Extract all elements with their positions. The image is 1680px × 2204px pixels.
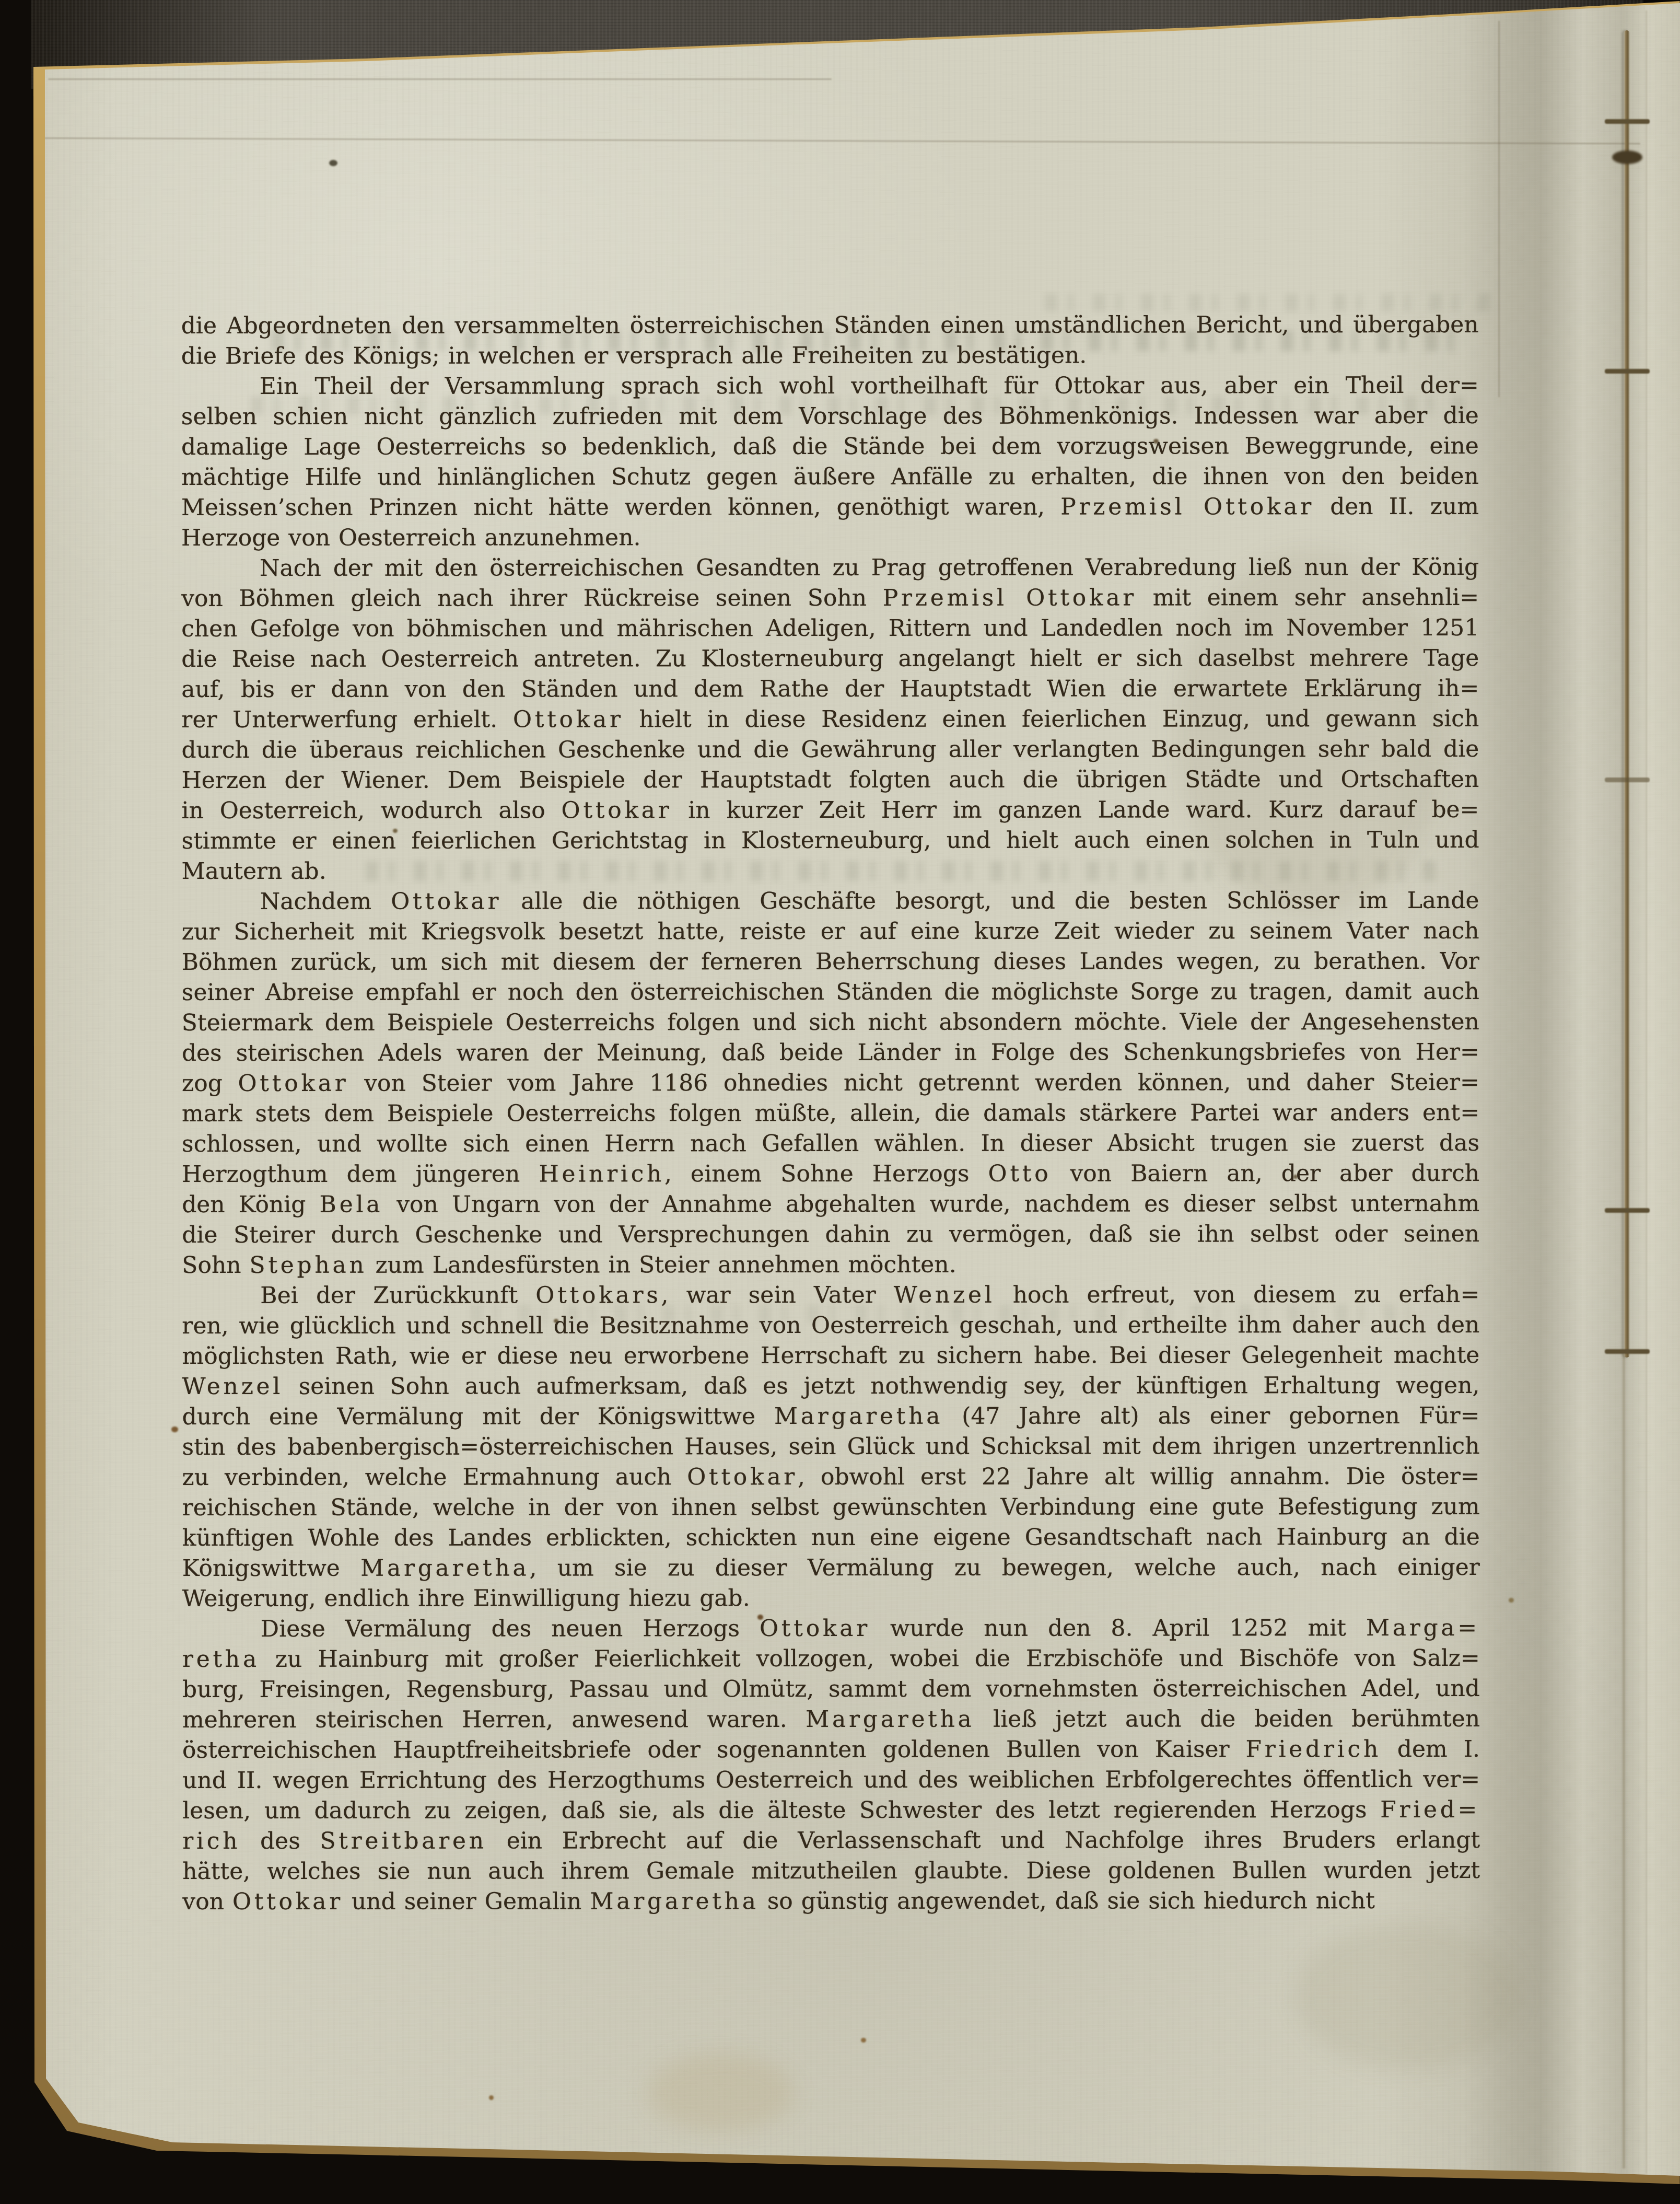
letterspaced-name: rich [182,1828,240,1854]
text-line: die Steirer durch Geschenke und Versprec… [182,1219,1479,1250]
text-line: stin des babenbergisch=österreichischen … [182,1431,1480,1463]
letterspaced-name: Ottokar [391,888,501,915]
text-line: die Reise nach Oesterreich antreten. Zu … [181,643,1479,675]
paragraph: Ein Theil der Versammlung sprach sich wo… [181,370,1479,553]
text-line: Wenzel seinen Sohn auch aufmerksam, daß … [182,1371,1479,1402]
text-line: Meissen’schen Prinzen nicht hätte werden… [181,492,1479,523]
text-line: hätte, welches sie nun auch ihrem Gemale… [182,1855,1480,1887]
foxing-spot [329,160,337,166]
text-line: möglichsten Rath, wie er diese neu erwor… [182,1340,1479,1372]
text-line: Herzoge von Oesterreich anzunehmen. [181,522,1479,553]
letterspaced-name: Wenzel [894,1282,995,1308]
showthrough-smudge [1045,294,1494,311]
binding-stitch [1605,1208,1650,1213]
text-line: schlossen, und wollte sich einen Herrn n… [182,1128,1479,1159]
paper-stain [1296,1923,1520,2069]
binding-stitch [1605,1349,1650,1354]
binding-stitch [1605,119,1650,124]
letterspaced-name: Stephan [250,1252,367,1279]
letterspaced-name: Heinrich [539,1161,664,1187]
paper-stain [648,2054,794,2132]
text-line: rer Unterwerfung erhielt. Ottokar hielt … [181,704,1479,735]
gutter-crease [1623,1353,1625,2168]
text-line: Steiermark dem Beispiele Oesterreichs fo… [182,1007,1479,1038]
text-line: reichischen Stände, welche in der von ih… [182,1492,1480,1523]
letterspaced-name: Marga= [1366,1615,1480,1641]
letterspaced-name: Ottokar [687,1464,798,1490]
letterspaced-name: Bela [320,1191,383,1218]
text-line: des steirischen Adels waren der Meinung,… [182,1037,1479,1069]
scanned-book-page: die Abgeordneten den versammelten österr… [0,0,1680,2204]
paper-fold [1498,21,1500,397]
text-line: durch eine Vermälung mit der Königswittw… [182,1401,1479,1432]
text-line: und II. wegen Errichtung des Herzogthums… [182,1765,1480,1796]
text-line: ren, wie glücklich und schnell die Besit… [182,1310,1479,1341]
text-line: zu verbinden, welche Ermahnung auch Otto… [182,1461,1480,1493]
binding-thread [1624,30,1630,1358]
text-line: mächtige Hilfe und hinlänglichen Schutz … [181,461,1479,493]
letterspaced-name: Wenzel [182,1373,283,1400]
text-line: Königswittwe Margaretha, um sie zu diese… [182,1552,1480,1584]
paper-fold [1646,10,1647,2174]
text-line: Ein Theil der Versammlung sprach sich wo… [181,370,1479,402]
text-line: lesen, um dadurch zu zeigen, daß sie, al… [182,1795,1480,1826]
paragraph: Nachdem Ottokar alle die nöthigen Geschä… [182,886,1480,1281]
text-line: Weigerung, endlich ihre Einwilligung hie… [182,1583,1480,1614]
paragraph: Diese Vermälung des neuen Herzogs Ottoka… [182,1613,1480,1917]
text-line: auf, bis er dann von den Ständen und dem… [181,674,1479,705]
paragraph: die Abgeordneten den versammelten österr… [181,310,1479,372]
text-line: die Abgeordneten den versammelten österr… [181,310,1479,341]
text-line: stimmte er einen feierlichen Gerichtstag… [182,825,1479,856]
text-line: damalige Lage Oesterreichs so bedenklich… [181,431,1479,462]
letterspaced-name: Przemisl Ottokar [883,584,1137,611]
text-line: selben schien nicht gänzlich zufrieden m… [181,401,1479,432]
letterspaced-name: Margaretha [590,1888,759,1915]
text-line: mehreren steirischen Herren, anwesend wa… [182,1704,1480,1735]
text-line: in Oesterreich, wodurch also Ottokar in … [181,795,1479,826]
letterspaced-name: Przemisl Ottokar [1060,493,1314,520]
text-line: österreichischen Hauptfreiheitsbriefe od… [182,1734,1480,1766]
binding-thread-knot [1612,150,1642,164]
text-line: Bei der Zurückkunft Ottokars, war sein V… [182,1280,1479,1311]
text-line: Böhmen zurück, um sich mit diesem der fe… [182,946,1479,978]
text-line: chen Gefolge von böhmischen und mährisch… [181,613,1479,644]
letterspaced-name: retha [182,1646,260,1673]
letterspaced-name: Ottokar [760,1615,870,1642]
text-line: die Briefe des Königs; in welchen er ver… [181,340,1479,372]
text-line: durch die überaus reichlichen Geschenke … [181,734,1479,765]
book-page-paper: die Abgeordneten den versammelten österr… [0,0,1680,2204]
text-line: retha zu Hainburg mit großer Feierlichke… [182,1643,1480,1675]
letterspaced-name: Ottokars [535,1282,661,1308]
text-line: den König Bela von Ungarn von der Annahm… [182,1189,1479,1220]
text-line: zur Sicherheit mit Kriegsvolk besetzt ha… [182,916,1479,947]
paragraph: Bei der Zurückkunft Ottokars, war sein V… [182,1280,1480,1614]
text-line: von Ottokar und seiner Gemalin Margareth… [182,1886,1480,1917]
paragraph: Nach der mit den österreichischen Gesand… [181,552,1479,887]
letterspaced-name: Margaretha [360,1555,529,1582]
text-line: mark stets dem Beispiele Oesterreichs fo… [182,1098,1479,1129]
foxing-spot [489,2095,494,2100]
foxing-spot [1509,1598,1514,1603]
letterspaced-name: Ottokar [232,1888,343,1915]
text-line: rich des Streitbaren ein Erbrecht auf di… [182,1825,1480,1857]
foxing-spot [171,1426,178,1432]
text-line: burg, Freisingen, Regensburg, Passau und… [182,1674,1480,1705]
letterspaced-name: Friedrich [1246,1736,1381,1762]
letterspaced-name: Otto [988,1161,1052,1187]
gutter-shadow [1463,0,1680,2204]
text-line: Sohn Stephan zum Landesfürsten in Steier… [182,1249,1479,1281]
foxing-spot [861,2038,866,2043]
text-line: Nach der mit den österreichischen Gesand… [181,552,1479,584]
text-line: Mautern ab. [182,855,1479,887]
text-line: künftigen Wohle des Landes erblickten, s… [182,1522,1480,1553]
paper-crease [48,78,832,80]
letterspaced-name: Ottokar [238,1070,349,1097]
letterspaced-name: Ottokar [513,706,624,733]
binding-stitch [1605,778,1650,782]
letterspaced-name: Fried= [1380,1796,1480,1823]
binding-stitch [1605,369,1650,374]
letterspaced-name: Margaretha [774,1403,943,1430]
text-line: zog Ottokar von Steier vom Jahre 1186 oh… [182,1068,1479,1099]
page-text: die Abgeordneten den versammelten österr… [181,310,1480,1917]
text-line: Herzogthum dem jüngeren Heinrich, einem … [182,1158,1479,1190]
letterspaced-name: Streitbaren [320,1828,486,1854]
text-line: Herzen der Wiener. Dem Beispiele der Hau… [181,764,1479,796]
letterspaced-name: Ottokar [562,797,672,823]
text-line: Diese Vermälung des neuen Herzogs Ottoka… [182,1613,1480,1644]
text-line: von Böhmen gleich nach ihrer Rückreise s… [181,583,1479,614]
text-line: Nachdem Ottokar alle die nöthigen Geschä… [182,886,1479,917]
letterspaced-name: Margaretha [806,1706,974,1733]
text-line: seiner Abreise empfahl er noch den öster… [182,977,1479,1008]
